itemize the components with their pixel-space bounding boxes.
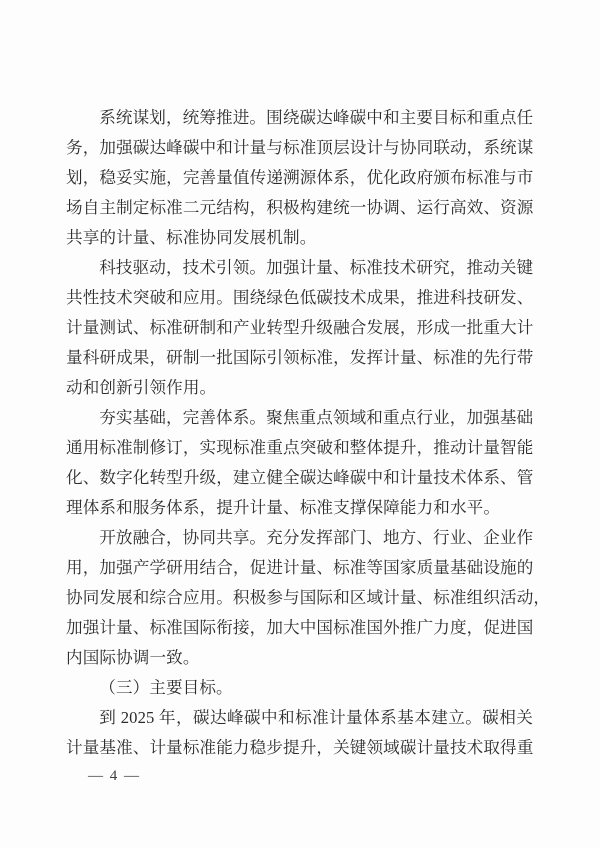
text-line: 共性技术突破和应用。围绕绿色低碳技术成果，推进科技研发、 bbox=[66, 283, 533, 313]
paragraph: 到 2025 年，碳达峰碳中和标准计量体系基本建立。碳相关计量基准、计量标准能力… bbox=[66, 703, 533, 763]
text-line: 计量基准、计量标准能力稳步提升，关键领域碳计量技术取得重 bbox=[66, 733, 533, 763]
paragraph: 科技驱动，技术引领。加强计量、标准技术研究，推动关键共性技术突破和应用。围绕绿色… bbox=[66, 253, 533, 403]
text-line: 协同发展和综合应用。积极参与国际和区域计量、标准组织活动， bbox=[66, 583, 533, 613]
text-line: 科技驱动，技术引领。加强计量、标准技术研究，推动关键 bbox=[66, 253, 533, 283]
text-line: 动和创新引领作用。 bbox=[66, 373, 533, 403]
text-line: 量科研成果，研制一批国际引领标准，发挥计量、标准的先行带 bbox=[66, 343, 533, 373]
text-line: 划，稳妥实施，完善量值传递溯源体系，优化政府颁布标准与市 bbox=[66, 163, 533, 193]
text-line: 内国际协调一致。 bbox=[66, 643, 533, 673]
document-body: 系统谋划，统筹推进。围绕碳达峰碳中和主要目标和重点任务，加强碳达峰碳中和计量与标… bbox=[66, 103, 533, 763]
page-number: — 4 — bbox=[88, 764, 141, 788]
text-line: 务，加强碳达峰碳中和计量与标准顶层设计与协同联动，系统谋 bbox=[66, 133, 533, 163]
text-line: 场自主制定标准二元结构，积极构建统一协调、运行高效、资源 bbox=[66, 193, 533, 223]
text-line: 系统谋划，统筹推进。围绕碳达峰碳中和主要目标和重点任 bbox=[66, 103, 533, 133]
text-line: 开放融合，协同共享。充分发挥部门、地方、行业、企业作 bbox=[66, 523, 533, 553]
paragraph: 夯实基础，完善体系。聚焦重点领域和重点行业，加强基础通用标准制修订，实现标准重点… bbox=[66, 403, 533, 523]
text-line: 加强计量、标准国际衔接，加大中国标准国外推广力度，促进国 bbox=[66, 613, 533, 643]
paragraph: 系统谋划，统筹推进。围绕碳达峰碳中和主要目标和重点任务，加强碳达峰碳中和计量与标… bbox=[66, 103, 533, 253]
text-line: 用，加强产学研用结合，促进计量、标准等国家质量基础设施的 bbox=[66, 553, 533, 583]
text-line: 理体系和服务体系，提升计量、标准支撑保障能力和水平。 bbox=[66, 493, 533, 523]
section-heading: （三）主要目标。 bbox=[66, 673, 533, 703]
text-line: 化、数字化转型升级，建立健全碳达峰碳中和计量技术体系、管 bbox=[66, 463, 533, 493]
text-line: 到 2025 年，碳达峰碳中和标准计量体系基本建立。碳相关 bbox=[66, 703, 533, 733]
document-page: 系统谋划，统筹推进。围绕碳达峰碳中和主要目标和重点任务，加强碳达峰碳中和计量与标… bbox=[0, 0, 600, 848]
text-line: （三）主要目标。 bbox=[66, 673, 533, 703]
text-line: 计量测试、标准研制和产业转型升级融合发展，形成一批重大计 bbox=[66, 313, 533, 343]
paragraph: 开放融合，协同共享。充分发挥部门、地方、行业、企业作用，加强产学研用结合，促进计… bbox=[66, 523, 533, 673]
text-line: 通用标准制修订，实现标准重点突破和整体提升，推动计量智能 bbox=[66, 433, 533, 463]
text-line: 共享的计量、标准协同发展机制。 bbox=[66, 223, 533, 253]
text-line: 夯实基础，完善体系。聚焦重点领域和重点行业，加强基础 bbox=[66, 403, 533, 433]
